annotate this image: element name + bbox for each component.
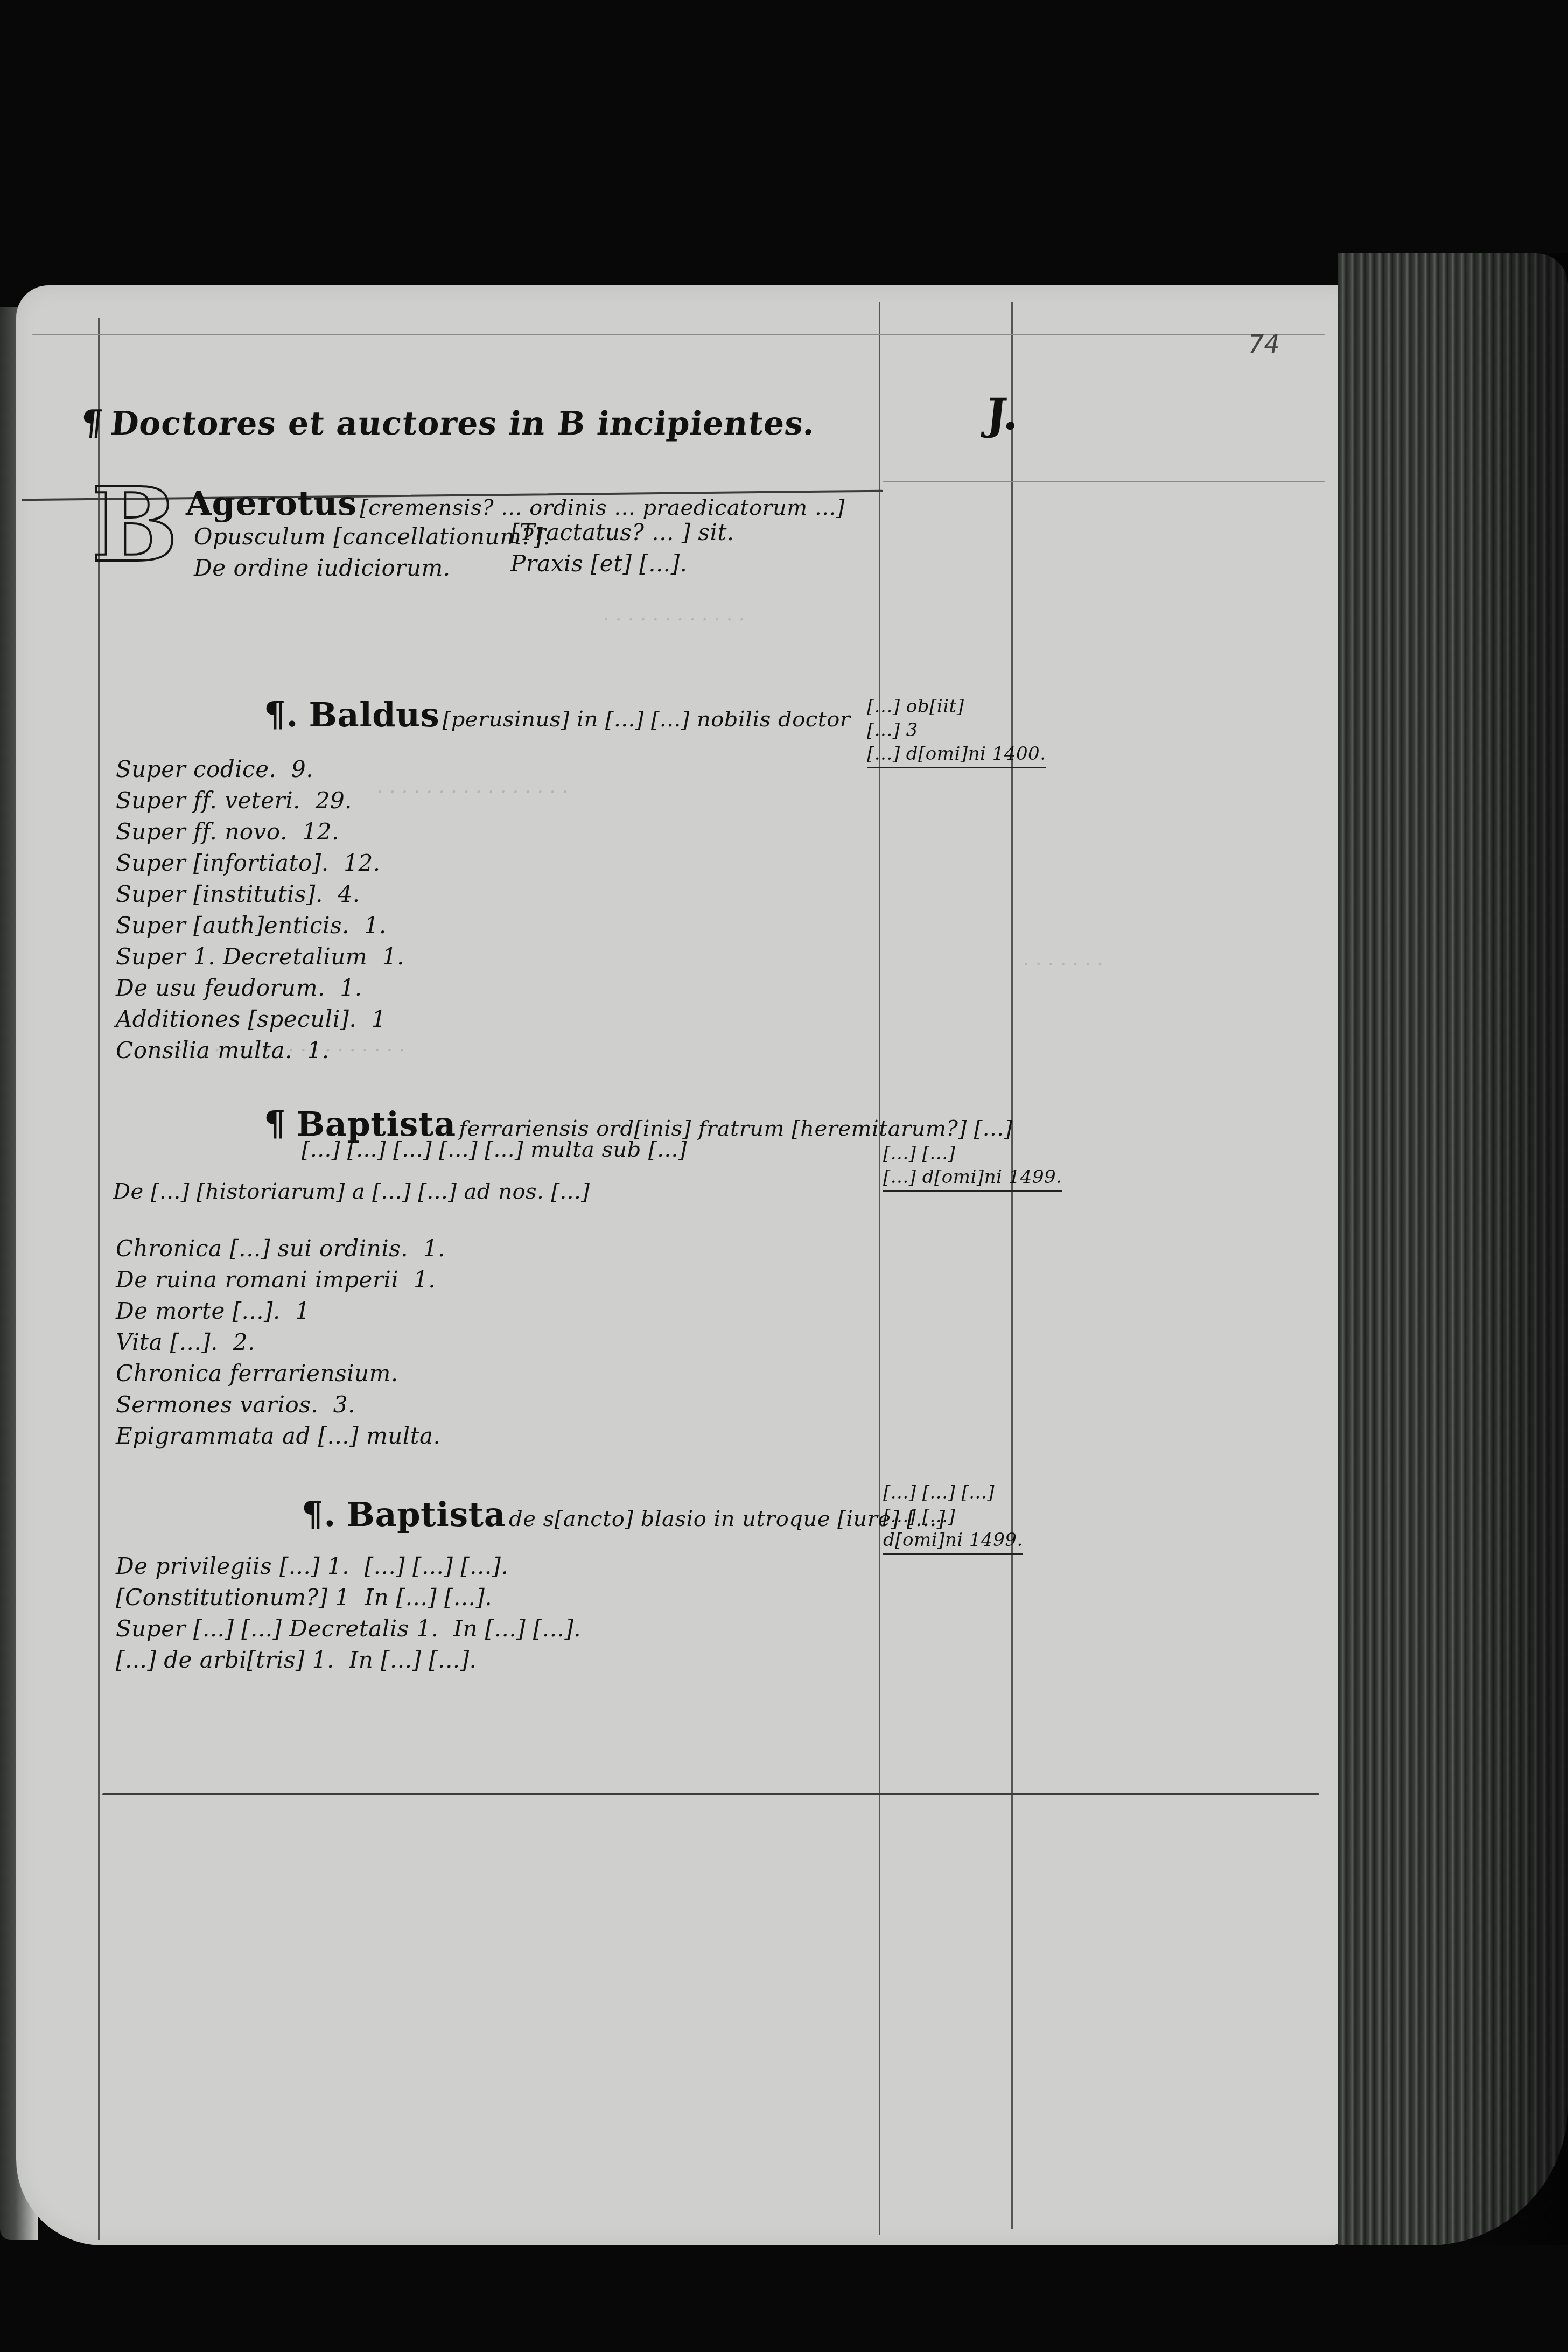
baptista-ferrariensis-side-note: [...] [...] [...] d[omi]ni 1499. bbox=[883, 1142, 1062, 1192]
work-row: [...] de arbi[tris] 1. In [...] [...]. bbox=[116, 1644, 581, 1676]
work-location: [...] [...] [...]. bbox=[365, 1553, 509, 1579]
work-title: Super ff. veteri. bbox=[116, 787, 300, 814]
baptista-blasio-side-note: [...] [...] [...] [...] [...] d[omi]ni 1… bbox=[883, 1481, 1023, 1555]
volume-count: 4. bbox=[338, 881, 360, 907]
work-title: Opusculum [cancellationum?]. bbox=[194, 521, 550, 552]
work-row: Super [...] [...] Decretalis 1. In [...]… bbox=[116, 1613, 581, 1644]
author-name: Agerotus bbox=[186, 484, 357, 523]
baptista-blasio-works-list: De privilegiis [...] 1. [...] [...] [...… bbox=[116, 1551, 581, 1676]
side-note-line: [...] d[omi]ni 1499. bbox=[883, 1165, 1062, 1192]
work-title: De morte [...]. bbox=[116, 1298, 281, 1324]
baldus-side-note: [...] ob[iit] [...] 3 [...] d[omi]ni 140… bbox=[867, 695, 1046, 768]
section-baptista-blasio-heading: ¶. Baptista de s[ancto] blasio in utroqu… bbox=[302, 1494, 946, 1535]
work-title: De usu feudorum. bbox=[116, 975, 325, 1001]
pilcrow-icon: ¶. bbox=[302, 1494, 336, 1535]
page-heading: ¶Doctores et auctores in B incipientes. bbox=[79, 403, 817, 443]
volume-count: 1. bbox=[423, 1235, 445, 1262]
work-title: Chronica [...] sui ordinis. bbox=[116, 1235, 408, 1262]
volume-count: 12. bbox=[302, 818, 339, 845]
work-title: De ordine iudiciorum. bbox=[194, 552, 550, 584]
agerotus-works-left: Opusculum [cancellationum?]. De ordine i… bbox=[194, 521, 550, 584]
volume-count: 29. bbox=[316, 787, 352, 814]
show-through-text: . . . . . . . bbox=[1023, 948, 1103, 970]
side-note-line: [...] 3 bbox=[867, 718, 1046, 742]
work-row: [Constitutionum?] 1 In [...] [...]. bbox=[116, 1582, 581, 1613]
show-through-text: . . . . . . . . . . . . bbox=[603, 603, 745, 625]
ruling-right bbox=[1011, 302, 1013, 2229]
work-row: Super [auth]enticis. 1. bbox=[116, 910, 404, 941]
work-row: Super [institutis]. 4. bbox=[116, 879, 404, 910]
work-title: Super 1. Decretalium bbox=[116, 943, 367, 970]
author-description: de s[ancto] blasio in utroque [iure] [..… bbox=[509, 1507, 946, 1531]
author-name: Baptista bbox=[347, 1495, 506, 1534]
volume-count: 1. bbox=[414, 1266, 436, 1293]
author-description: [perusinus] in [...] [...] nobilis docto… bbox=[443, 707, 851, 732]
side-note-line: [...] [...] bbox=[883, 1504, 1023, 1528]
pilcrow-icon: ¶. bbox=[264, 695, 298, 735]
work-title: Super [institutis]. bbox=[116, 881, 323, 907]
agerotus-works-right: [Tractatus? ... ] sit. Praxis [et] [...]… bbox=[510, 517, 734, 579]
work-title: Super ff. novo. bbox=[116, 818, 288, 845]
work-title: Chronica ferrariensium. bbox=[116, 1360, 398, 1387]
work-title: Consilia multa. bbox=[116, 1037, 292, 1063]
intro-line: De [...] [historiarum] a [...] [...] ad … bbox=[113, 1179, 590, 1204]
heading-text: Doctores et auctores in B incipientes. bbox=[109, 405, 817, 443]
work-title: Super [...] [...] Decretalis 1. bbox=[116, 1615, 439, 1642]
work-row: De usu feudorum. 1. bbox=[116, 972, 404, 1004]
work-row: Super codice. 9. bbox=[116, 754, 404, 785]
side-note-line: [...] d[omi]ni 1400. bbox=[867, 742, 1046, 768]
column-letter: J. bbox=[984, 389, 1022, 439]
lower-rule bbox=[102, 1793, 1319, 1795]
work-row: Vita [...]. 2. bbox=[116, 1327, 456, 1358]
volume-count: 1. bbox=[340, 975, 362, 1001]
work-title: Super [auth]enticis. bbox=[116, 912, 349, 939]
work-title: Vita [...]. bbox=[116, 1329, 218, 1355]
ruling-left bbox=[98, 318, 100, 2240]
work-location: In [...] [...]. bbox=[365, 1584, 492, 1611]
author-description-cont: [...] [...] [...] [...] [...] multa sub … bbox=[302, 1137, 687, 1162]
side-note-line: [...] ob[iit] bbox=[867, 695, 1046, 718]
author-name: Baldus bbox=[309, 695, 439, 734]
work-location: In [...] [...]. bbox=[453, 1615, 581, 1642]
work-row: Sermones varios. 3. bbox=[116, 1389, 456, 1420]
work-title: Super [infortiato]. bbox=[116, 850, 329, 876]
work-title: De ruina romani imperii bbox=[116, 1266, 398, 1293]
folio-number: 74 bbox=[1248, 330, 1280, 359]
show-through-text: . . . . . . . . . . . . . . . . bbox=[377, 775, 568, 797]
decorated-initial-b: B bbox=[92, 474, 178, 576]
volume-count: 9. bbox=[291, 756, 313, 782]
volume-count: 3. bbox=[333, 1391, 355, 1418]
volume-count: 1 bbox=[296, 1298, 310, 1324]
work-row: Super ff. veteri. 29. bbox=[116, 785, 404, 816]
work-row: Chronica ferrariensium. bbox=[116, 1358, 456, 1389]
work-row: Chronica [...] sui ordinis. 1. bbox=[116, 1233, 456, 1264]
work-title: [...] de arbi[tris] 1. bbox=[116, 1647, 334, 1673]
work-title: Additiones [speculi]. bbox=[116, 1006, 356, 1032]
work-row: Super 1. Decretalium 1. bbox=[116, 941, 404, 972]
pilcrow-icon: ¶ bbox=[264, 1104, 286, 1144]
side-note-line: [...] [...] bbox=[883, 1142, 1062, 1165]
work-title: [Tractatus? ... ] sit. bbox=[510, 517, 734, 548]
work-location: In [...] [...]. bbox=[349, 1647, 477, 1673]
side-note-line: [...] [...] [...] bbox=[883, 1481, 1023, 1504]
ruling-middle bbox=[879, 302, 880, 2235]
work-row: De ruina romani imperii 1. bbox=[116, 1264, 456, 1296]
work-row: De privilegiis [...] 1. [...] [...] [...… bbox=[116, 1551, 581, 1582]
baptista-ferrariensis-works-list: Chronica [...] sui ordinis. 1. De ruina … bbox=[116, 1233, 456, 1452]
side-note-line: d[omi]ni 1499. bbox=[883, 1528, 1023, 1555]
top-ruling bbox=[32, 334, 1325, 335]
work-row: De morte [...]. 1 bbox=[116, 1296, 456, 1327]
header-rule-right bbox=[883, 481, 1325, 482]
volume-count: 2. bbox=[233, 1329, 255, 1355]
work-title: Praxis [et] [...]. bbox=[510, 548, 734, 579]
work-title: Sermones varios. bbox=[116, 1391, 318, 1418]
work-row: Additiones [speculi]. 1 bbox=[116, 1004, 404, 1035]
work-row: Super ff. novo. 12. bbox=[116, 816, 404, 848]
work-title: Super codice. bbox=[116, 756, 276, 782]
volume-count: 12. bbox=[344, 850, 380, 876]
work-row: Epigrammata ad [...] multa. bbox=[116, 1420, 456, 1452]
work-title: De privilegiis [...] 1. bbox=[116, 1553, 349, 1579]
volume-count: 1 bbox=[372, 1006, 386, 1032]
fore-edge-shadow bbox=[1454, 253, 1568, 2245]
section-baldus-heading: ¶. Baldus [perusinus] in [...] [...] nob… bbox=[264, 695, 850, 735]
pilcrow-icon: ¶ bbox=[79, 403, 106, 443]
volume-count: 1. bbox=[382, 943, 404, 970]
work-row: Consilia multa. 1. bbox=[116, 1035, 404, 1066]
work-row: Super [infortiato]. 12. bbox=[116, 848, 404, 879]
baldus-works-list: Super codice. 9. Super ff. veteri. 29. S… bbox=[116, 754, 404, 1066]
work-title: [Constitutionum?] 1 bbox=[116, 1584, 350, 1611]
volume-count: 1. bbox=[365, 912, 387, 939]
work-title: Epigrammata ad [...] multa. bbox=[116, 1423, 440, 1449]
volume-count: 1. bbox=[307, 1037, 330, 1063]
